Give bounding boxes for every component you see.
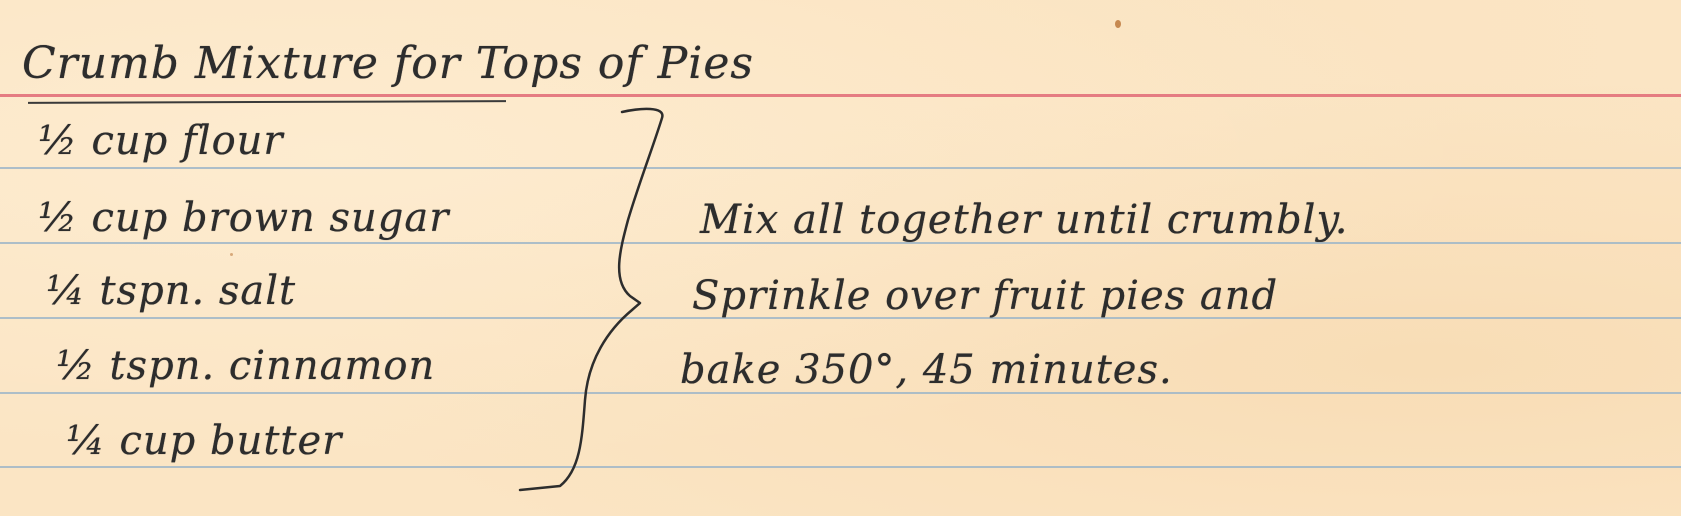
curly-brace-icon [0, 0, 1681, 516]
instruction-line: bake 350°, 45 minutes. [680, 347, 1173, 393]
recipe-card: Crumb Mixture for Tops of Pies ½ cup flo… [0, 0, 1681, 516]
instruction-line: Mix all together until crumbly. [700, 197, 1348, 243]
instruction-line: Sprinkle over fruit pies and [692, 273, 1278, 319]
